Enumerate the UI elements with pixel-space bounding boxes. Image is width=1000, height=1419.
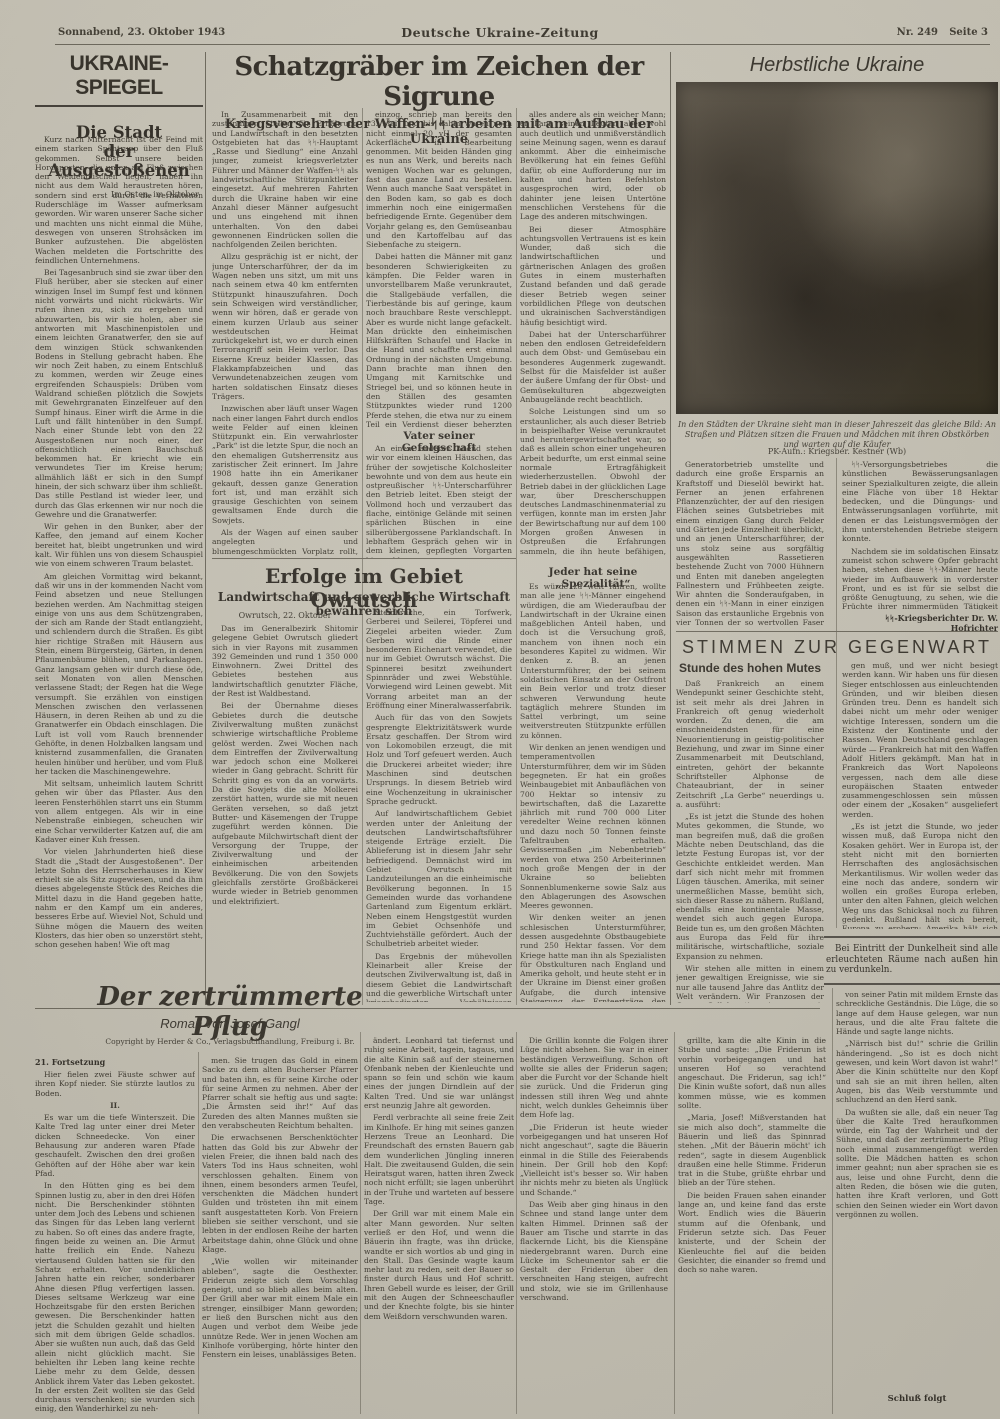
paragraph: Das Weib aber ging hinaus in den Schnee …: [520, 1200, 668, 1302]
main-headline: Schatzgräber im Zeichen der Sigrune: [210, 52, 668, 112]
owrutsch-col-2: Steinbrüche, ein Torfwerk, Gerberei und …: [366, 608, 512, 1002]
main-col-4: Es würde zu weit führen, wollte man alle…: [520, 582, 666, 1002]
paragraph: Es war um die tiefe Winterszeit. Die Kal…: [35, 1113, 195, 1178]
paragraph: men. Sie trugen das Gold in einem Sacke …: [202, 1056, 358, 1130]
spiegel-body: Kurz nach Mitternacht ist der Feind mit …: [35, 135, 203, 1003]
column-rule-left: [205, 52, 206, 1005]
paragraph: „Die Friderun ist heute wieder vorbeigeg…: [520, 1123, 668, 1197]
paragraph: „Närrisch bist du!“ schrie die Grillin h…: [836, 1039, 998, 1104]
header-rule: [55, 44, 990, 45]
main-col-1: In Zusammenarbeit mit den zuständigen St…: [212, 110, 358, 556]
paragraph: Auf landwirtschaftlichem Gebiet werden u…: [366, 809, 512, 948]
novel-col-5: grillte, kam die alte Kinin in die Stube…: [678, 1036, 826, 1414]
paragraph: grillte, kam die alte Kinin in die Stube…: [678, 1036, 826, 1110]
paragraph: Hier fielen zwei Fäuste schwer auf ihren…: [35, 1070, 195, 1098]
paragraph: Wir stehen alle mitten in einem jener ge…: [676, 964, 824, 1003]
paragraph: Nachdem sie im soldatischen Einsatz zume…: [842, 547, 998, 610]
header-date: Sonnabend, 23. Oktober 1943: [58, 27, 225, 38]
column-hairline-1: [362, 108, 363, 1005]
paragraph: Wir gehen in den Bunker, aber der Kaffee…: [35, 522, 203, 568]
paragraph: Wir denken an jenen wendigen und tempera…: [520, 743, 666, 910]
paragraph: „Es ist jetzt die Stunde des hohen Mutes…: [676, 812, 824, 961]
paragraph: Da wußten sie alle, daß ein neuer Tag üb…: [836, 1108, 998, 1220]
novel-col-4: Die Grillin konnte die Folgen ihrer Lüge…: [520, 1036, 668, 1414]
paragraph: II.: [35, 1101, 195, 1110]
photo-caption: In den Städten der Ukraine sieht man in …: [676, 420, 998, 450]
main-col-6: ᛋᛋ-Versorgungsbetriebes die künstlichen …: [842, 460, 998, 610]
paragraph: Kurz nach Mitternacht ist der Feind mit …: [35, 135, 203, 265]
issue-number: Nr. 249: [897, 27, 938, 38]
owrutsch-dateline: Owrutsch, 22. Oktober: [212, 611, 358, 620]
column-rule-right: [670, 52, 671, 1005]
column-hairline-3: [836, 458, 837, 928]
paragraph: Die erwachsenen Berschenktöchter hatten …: [202, 1133, 358, 1254]
novel-col-2: men. Sie trugen das Gold in einem Sacke …: [202, 1056, 358, 1414]
main-col-3: alles andere als ein weicher Mann; er ka…: [520, 110, 666, 556]
owrutsch-col-1: Das im Generalbezirk Shitomir gelegene G…: [212, 624, 358, 1002]
masthead: Deutsche Ukraine-Zeitung: [300, 25, 700, 40]
paragraph: Mit seltsam, unheimlich lautem Schritt g…: [35, 779, 203, 844]
page-number: Seite 3: [949, 27, 988, 38]
paragraph: Die Grillin konnte die Folgen ihrer Lüge…: [520, 1036, 668, 1120]
paragraph: Daß Frankreich an einem Wendepunkt seine…: [676, 679, 824, 809]
paragraph: In den Hütten ging es bei dem Spinnen lu…: [35, 1181, 195, 1413]
main-col-5: Generatorbetrieb umstellte und dadurch e…: [676, 460, 824, 626]
paragraph: Auch für das von den Sowjets gesprengte …: [366, 713, 512, 806]
stimmen-col-1: Daß Frankreich an einem Wendepunkt seine…: [676, 679, 824, 1003]
stimmen-col-2: gen muß, und wer nicht besiegt werden ka…: [842, 661, 998, 929]
paragraph: ändert. Leonhard tat tiefernst und ruhig…: [364, 1036, 514, 1110]
novel-copyright: Copyright by Herder & Co., Verlagsbuchha…: [60, 1037, 400, 1046]
novel-col-1: Hier fielen zwei Fäuste schwer auf ihren…: [35, 1070, 195, 1414]
owrutsch-rule: [212, 558, 516, 559]
blackout-notice: Bei Eintritt der Dunkelheit sind alle er…: [824, 936, 1000, 985]
paragraph: Bei dieser Atmosphäre achtungsvollen Ver…: [520, 225, 666, 327]
paragraph: Generatorbetrieb umstellte und dadurch e…: [676, 460, 824, 626]
novel-hairline-3: [516, 1032, 517, 1414]
main-col-2a: einzog, schrieb man bereits den 13. Mai,…: [366, 110, 512, 428]
article-signature: ᛋᛋ-Kriegsberichter Dr. W. Hofrichter: [842, 613, 998, 633]
novel-col-6: von seiner Patin mit mildem Ernste das s…: [836, 990, 998, 1390]
paragraph: „Maria, Josef! Mißverstanden hat sie mic…: [678, 1113, 826, 1187]
paragraph: „Wie wollen wir miteinander ableben“, sa…: [202, 1257, 358, 1359]
paragraph: Inzwischen aber läuft unser Wagen nach e…: [212, 404, 358, 525]
novel-installment: 21. Fortsetzung: [35, 1057, 105, 1067]
stimmen-title: STIMMEN ZUR GEGENWART: [676, 637, 998, 658]
novel-title: Der zertrümmerte Pflug: [60, 982, 400, 1042]
paragraph: Allzu gesprächig ist er nicht, der junge…: [212, 252, 358, 401]
paragraph: Vor vielen Jahrhunderten hieß diese Stad…: [35, 847, 203, 949]
stimmen-subhead: Stunde des hohen Mutes: [676, 661, 824, 675]
paragraph: Dabei hat der Unterscharführer neben den…: [520, 330, 666, 404]
paragraph: Steinbrüche, ein Torfwerk, Gerberei und …: [366, 608, 512, 710]
paragraph: Die beiden Frauen sahen einander lange a…: [678, 1191, 826, 1275]
paragraph: Bei Tagesanbruch sind sie zwar über den …: [35, 268, 203, 519]
ukraine-market-photo: [676, 82, 998, 414]
paragraph: Ferdl verbrachte all seine freie Zeit im…: [364, 1113, 514, 1206]
paragraph: Es würde zu weit führen, wollte man alle…: [520, 582, 666, 740]
novel-col-3: ändert. Leonhard tat tiefernst und ruhig…: [364, 1036, 514, 1414]
paragraph: Wir denken weiter an jenen schlesischen …: [520, 913, 666, 1002]
paragraph: Solche Leistungen sind um so erstaunlich…: [520, 407, 666, 556]
novel-ending: Schluß folgt: [836, 1394, 998, 1404]
paragraph: ᛋᛋ-Versorgungsbetriebes die künstlichen …: [842, 460, 998, 544]
paragraph: einzog, schrieb man bereits den 13. Mai,…: [366, 110, 512, 249]
paragraph: Bei der Übernahme dieses Gebietes durch …: [212, 701, 358, 906]
paragraph: Als der Wagen auf einen sauber angelegte…: [212, 528, 358, 556]
photo-feature-title: Herbstliche Ukraine: [676, 54, 998, 77]
paragraph: alles andere als ein weicher Mann; er ka…: [520, 110, 666, 222]
paragraph: Der Grill war mit einem Male ein alter M…: [364, 1209, 514, 1321]
paragraph: In Zusammenarbeit mit den zuständigen St…: [212, 110, 358, 249]
paragraph: An einem anderen Abend stehen wir vor ei…: [366, 444, 512, 558]
paragraph: Am gleichen Vormittag wird bekannt, daß …: [35, 572, 203, 777]
photo-credit: PK-Aufn.: Kriegsber. Kestner (Wb): [676, 447, 998, 456]
stimmen-rule: [676, 631, 998, 632]
novel-hairline-5: [832, 988, 833, 1414]
novel-hairline-4: [674, 1032, 675, 1414]
novel-hairline-1: [198, 1052, 199, 1414]
section-title: UKRAINE-SPIEGEL: [35, 52, 203, 107]
paragraph: Das im Generalbezirk Shitomir gelegene G…: [212, 624, 358, 698]
newspaper-page: Sonnabend, 23. Oktober 1943 Deutsche Ukr…: [0, 0, 1000, 1419]
column-hairline-2: [516, 108, 517, 1005]
paragraph: gen muß, und wer nicht besiegt werden ka…: [842, 661, 998, 819]
novel-byline: Roman von Josef Gangl: [60, 1016, 400, 1031]
paragraph: von seiner Patin mit mildem Ernste das s…: [836, 990, 998, 1036]
paragraph: „Es ist jetzt die Stunde, wo jeder wisse…: [842, 822, 998, 929]
paragraph: Dabei hatten die Männer mit ganz besonde…: [366, 252, 512, 428]
main-col-2b: An einem anderen Abend stehen wir vor ei…: [366, 444, 512, 558]
novel-hairline-2: [360, 1032, 361, 1414]
